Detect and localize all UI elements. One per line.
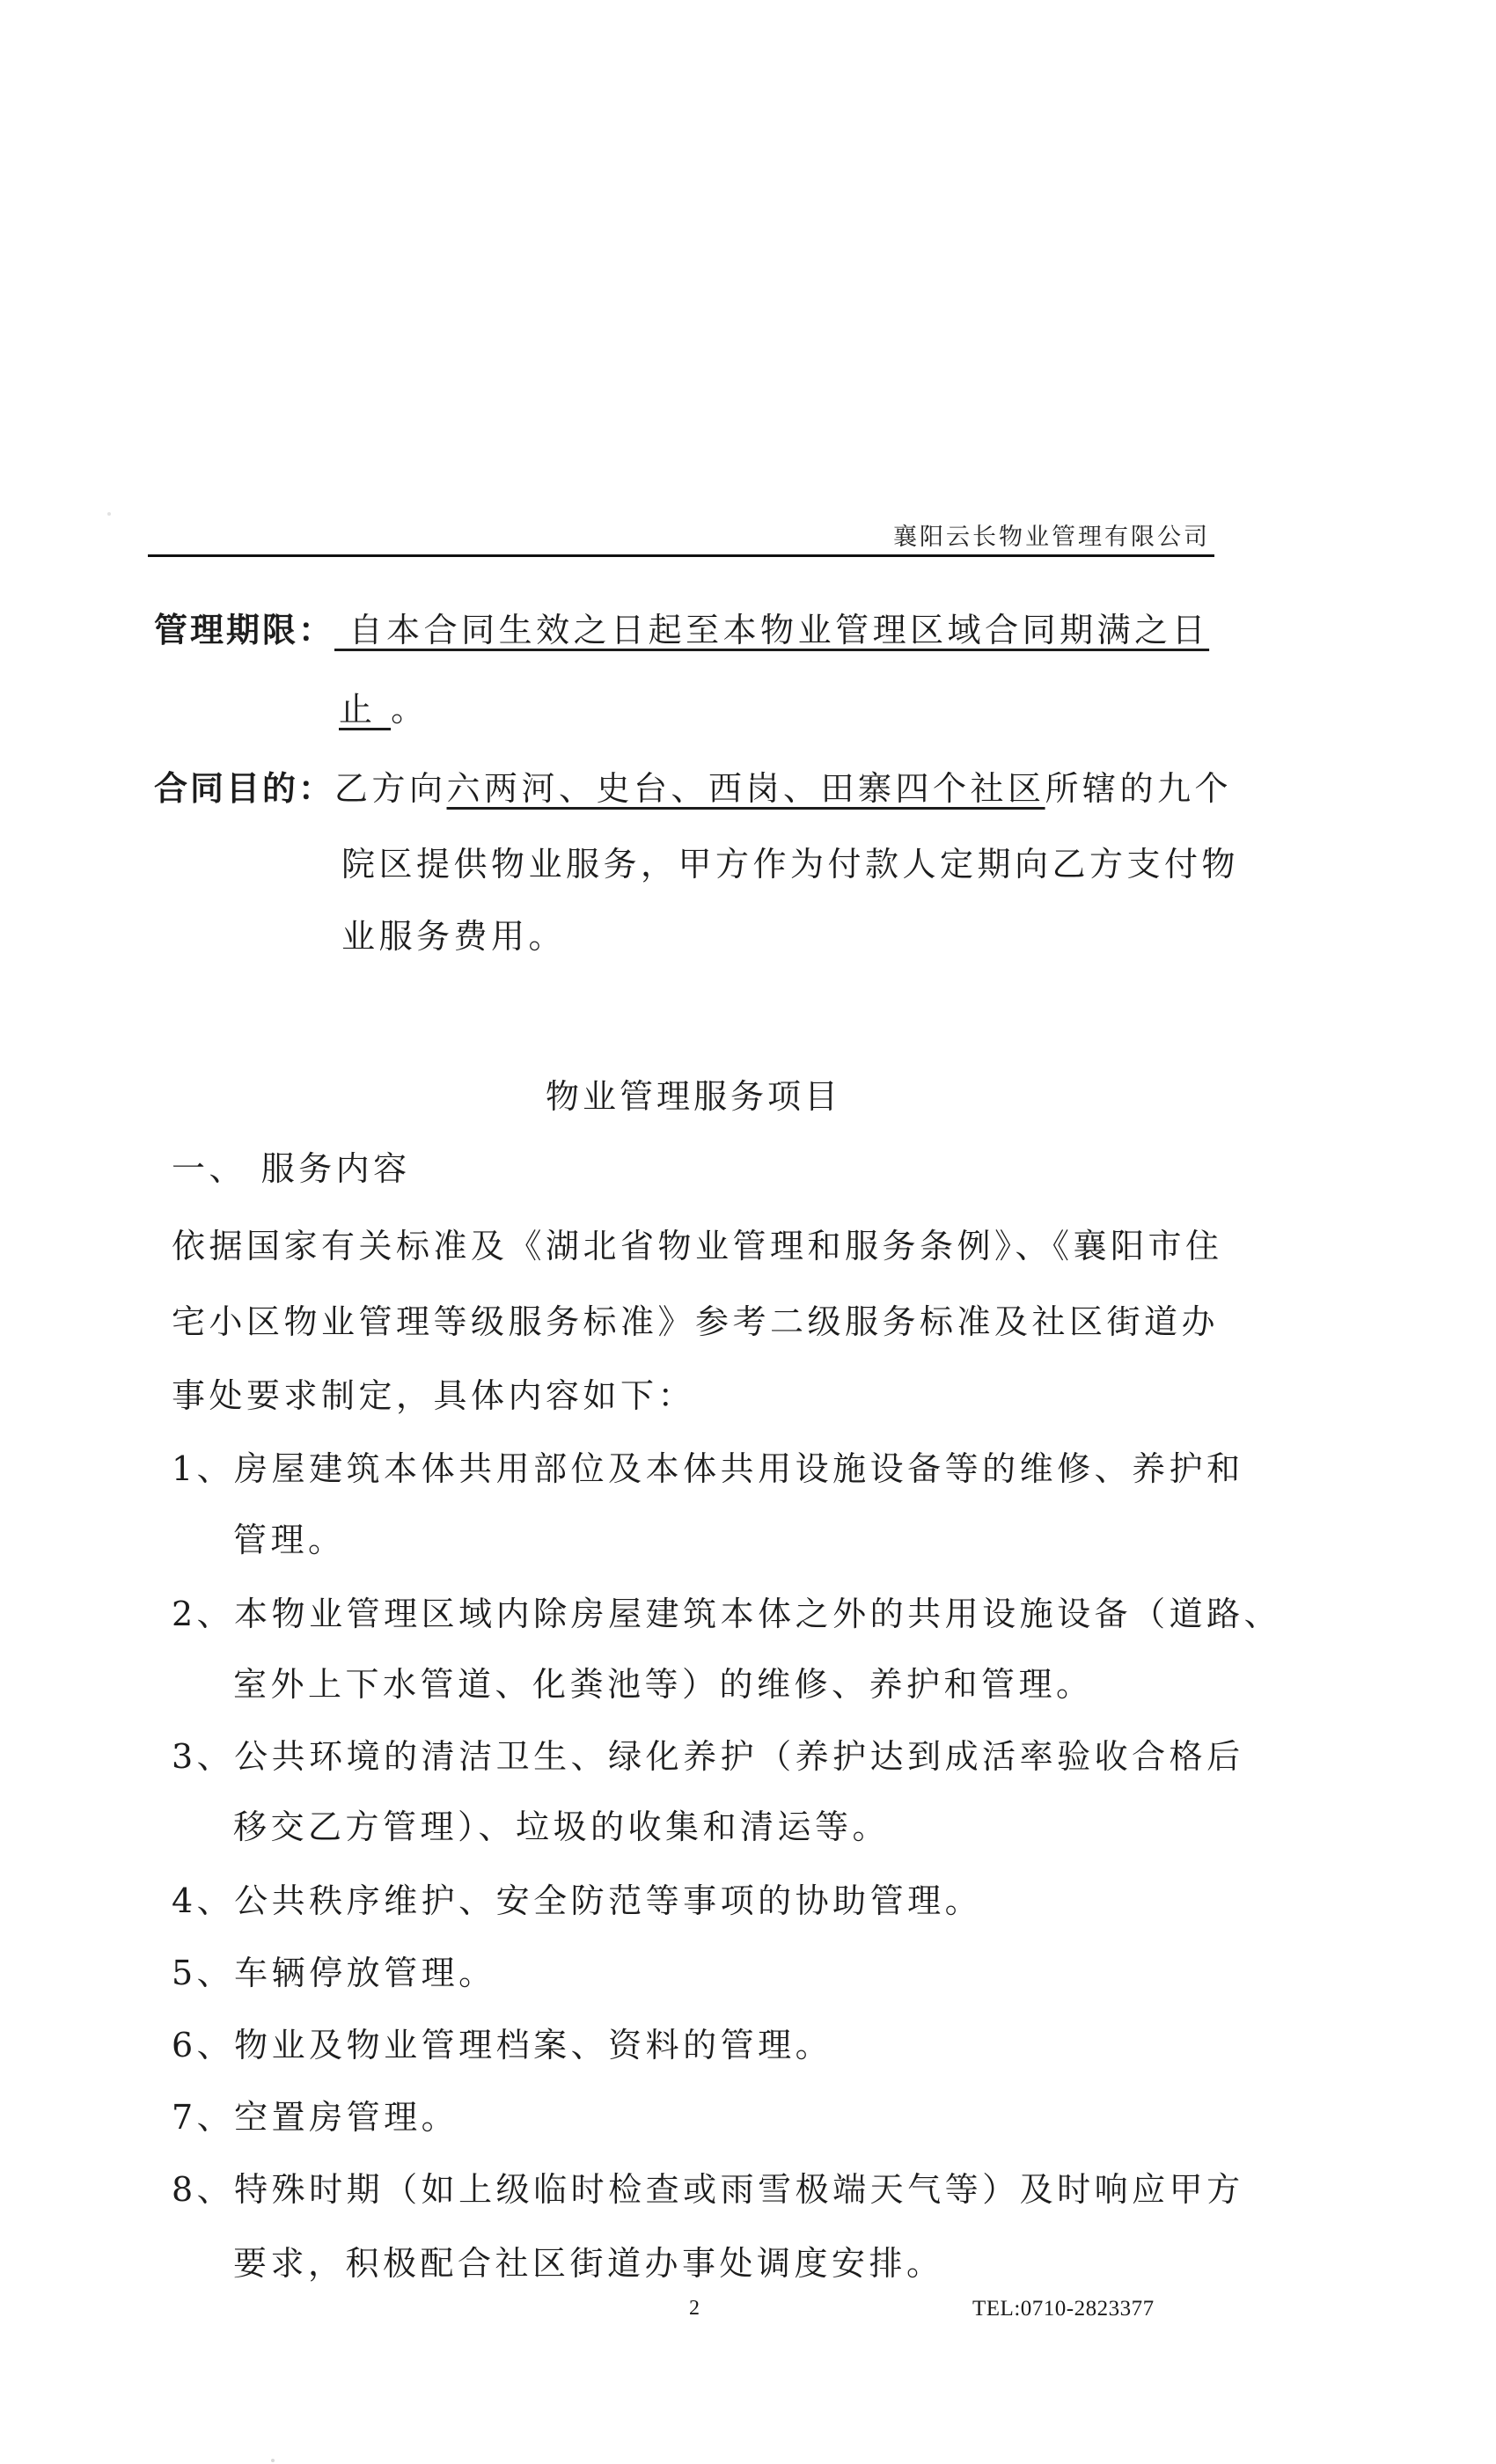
list-item-2: 2、本物业管理区域内除房屋建筑本体之外的共用设施设备（道路、 xyxy=(172,1593,1281,1635)
term-value-end: 止 xyxy=(339,690,391,729)
list-item-8-cont: 要求，积极配合社区街道办事处调度安排。 xyxy=(233,2242,944,2284)
page-number: 2 xyxy=(689,2297,700,2321)
intro-line-1: 依据国家有关标准及《湖北省物业管理和服务条例》、《襄阳市住 xyxy=(172,1225,1223,1267)
list-item-4: 4、公共秩序维护、安全防范等事项的协助管理。 xyxy=(172,1880,982,1922)
list-item-3-cont: 移交乙方管理）、垃圾的收集和清运等。 xyxy=(233,1806,890,1848)
scan-speck xyxy=(107,512,111,516)
list-item-8: 8、特殊时期（如上级临时检查或雨雪极端天气等）及时响应甲方 xyxy=(172,2168,1244,2211)
subheading-service-content: 一、 服务内容 xyxy=(172,1148,411,1190)
section-title: 物业管理服务项目 xyxy=(546,1075,841,1118)
intro-line-3: 事处要求制定，具体内容如下： xyxy=(172,1375,695,1417)
term-value: 自本合同生效之日起至本物业管理区域合同期满之日 xyxy=(334,611,1209,649)
list-item-6: 6、物业及物业管理档案、资料的管理。 xyxy=(172,2024,832,2066)
list-item-1: 1、房屋建筑本体共用部位及本体共用设施设备等的维修、养护和 xyxy=(172,1448,1244,1490)
purpose-text-pre: 乙方向 xyxy=(334,769,447,808)
term-row-continued: 止 。 xyxy=(339,688,429,730)
purpose-line-3: 业服务费用。 xyxy=(341,915,566,957)
footer-telephone: TEL:0710-2823377 xyxy=(972,2297,1155,2321)
term-label: 管理期限： xyxy=(154,611,334,649)
scan-speck xyxy=(271,2459,275,2462)
intro-line-2: 宅小区物业管理等级服务标准》参考二级服务标准及社区街道办 xyxy=(172,1301,1219,1343)
purpose-label: 合同目的： xyxy=(154,769,334,808)
term-row: 管理期限： 自本合同生效之日起至本物业管理区域合同期满之日 xyxy=(154,609,1209,651)
list-item-5: 5、车辆停放管理。 xyxy=(172,1952,496,1994)
company-name-header: 襄阳云长物业管理有限公司 xyxy=(893,517,1210,552)
purpose-line-2: 院区提供物业服务，甲方作为付款人定期向乙方支付物 xyxy=(341,843,1239,885)
purpose-communities: 六两河、史台、西岗、田寨四个社区 xyxy=(447,769,1045,808)
list-item-7: 7、空置房管理。 xyxy=(172,2096,458,2138)
purpose-row: 合同目的：乙方向六两河、史台、西岗、田寨四个社区所辖的九个 xyxy=(154,767,1232,810)
list-item-3: 3、公共环境的清洁卫生、绿化养护（养护达到成活率验收合格后 xyxy=(172,1735,1244,1778)
term-period: 。 xyxy=(391,690,429,729)
purpose-text-post: 所辖的九个 xyxy=(1045,769,1233,808)
list-item-1-cont: 管理。 xyxy=(233,1519,346,1561)
list-item-2-cont: 室外上下水管道、化粪池等）的维修、养护和管理。 xyxy=(233,1663,1094,1705)
header-divider xyxy=(148,554,1214,557)
